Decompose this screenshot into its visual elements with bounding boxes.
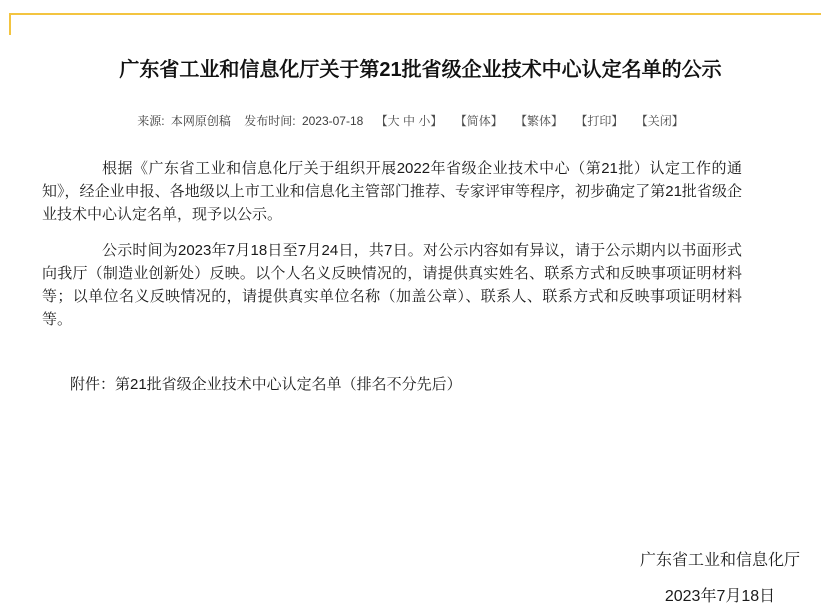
article-meta-bar: 来源: 本网原创稿 发布时间: 2023-07-18 【大 中 小】 【简体】 … bbox=[0, 112, 821, 129]
font-size-control[interactable]: 【大 中 小】 bbox=[376, 114, 443, 128]
source-value: 本网原创稿 bbox=[171, 114, 231, 128]
signature-block: 广东省工业和信息化厅 2023年7月18日 bbox=[620, 547, 820, 606]
left-border-line bbox=[9, 13, 11, 35]
page-title: 广东省工业和信息化厅关于第21批省级企业技术中心认定名单的公示 bbox=[50, 57, 791, 83]
paragraph-2: 公示时间为2023年7月18日至7月24日，共7日。对公示内容如有异议，请于公示… bbox=[42, 239, 742, 331]
publish-date: 2023-07-18 bbox=[302, 114, 363, 128]
notice-page: 广东省工业和信息化厅关于第21批省级企业技术中心认定名单的公示 来源: 本网原创… bbox=[0, 0, 821, 608]
top-border-line bbox=[9, 13, 821, 15]
simplified-chinese-button[interactable]: 【简体】 bbox=[455, 114, 503, 128]
publish-time-label: 发布时间: bbox=[244, 114, 295, 128]
paragraph-1: 根据《广东省工业和信息化厅关于组织开展2022年省级企业技术中心（第21批）认定… bbox=[42, 157, 742, 226]
source-label: 来源: bbox=[137, 114, 164, 128]
close-button[interactable]: 【关闭】 bbox=[636, 114, 684, 128]
traditional-chinese-button[interactable]: 【繁体】 bbox=[515, 114, 563, 128]
article-body: 根据《广东省工业和信息化厅关于组织开展2022年省级企业技术中心（第21批）认定… bbox=[42, 157, 742, 409]
attachment-line: 附件：第21批省级企业技术中心认定名单（排名不分先后） bbox=[42, 373, 742, 396]
signature-date: 2023年7月18日 bbox=[620, 583, 820, 606]
signature-organization: 广东省工业和信息化厅 bbox=[620, 547, 820, 570]
print-button[interactable]: 【打印】 bbox=[575, 114, 623, 128]
